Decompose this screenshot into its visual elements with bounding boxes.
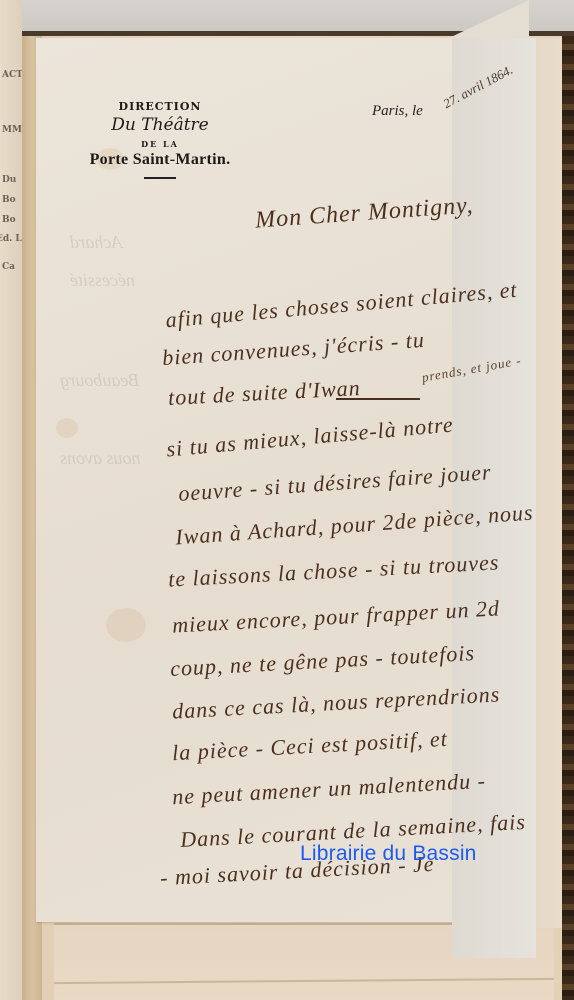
facing-page-text: Du xyxy=(2,175,16,185)
marbled-cover-edge xyxy=(562,36,574,1000)
bleed-through-text: nécessité xyxy=(70,270,135,291)
letterhead-de-la: DE LA xyxy=(70,139,250,149)
facing-page-text: Ca xyxy=(2,262,15,272)
facing-page-text: Bo xyxy=(2,195,16,205)
facing-page: ACTE MM. Bo Du Bo Bo Ed. Lo Ca xyxy=(0,0,22,1000)
bleed-through-text: Achard xyxy=(70,232,122,253)
paper-crease xyxy=(54,978,554,984)
letterhead: DIRECTION Du Théâtre DE LA Porte Saint-M… xyxy=(70,100,250,179)
watermark-text: Librairie du Bassin xyxy=(300,842,477,866)
letterhead-theatre: Du Théâtre xyxy=(70,115,250,135)
bleed-through-text: Beaubourg xyxy=(60,370,139,391)
printed-date-label: Paris, le xyxy=(372,103,423,120)
backing-sheet xyxy=(534,38,562,928)
bleed-through-text: nous avons xyxy=(60,448,141,469)
facing-page-text: ACTE xyxy=(2,70,22,80)
letterhead-rule xyxy=(144,177,176,179)
facing-page-text: MM. Bo xyxy=(2,125,22,135)
facing-page-text: Bo xyxy=(2,215,16,225)
letterhead-direction: DIRECTION xyxy=(70,100,250,113)
title-underline xyxy=(336,398,420,400)
facing-page-text: Ed. Lo xyxy=(0,234,22,244)
letterhead-porte-saint-martin: Porte Saint-Martin. xyxy=(70,151,250,169)
